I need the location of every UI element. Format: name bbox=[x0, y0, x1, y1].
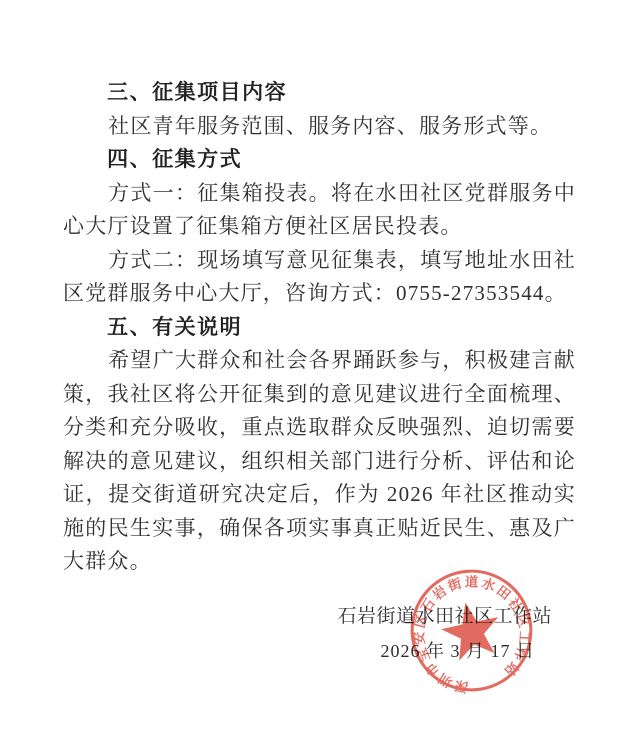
seal-ring-char: 安 bbox=[410, 630, 427, 645]
section-heading-collection-content: 三、征集项目内容 bbox=[63, 76, 576, 110]
seal-ring-char: 区 bbox=[514, 612, 532, 629]
seal-ring-char: 区 bbox=[412, 612, 430, 629]
paragraph-remarks: 希望广大群众和社会各界踊跃参与，积极建言献策，我社区将公开征集到的意见建议进行全… bbox=[63, 344, 576, 579]
seal-ring-char: 道 bbox=[465, 573, 479, 589]
paragraph-method-2: 方式二：现场填写意见征集表，填写地址水田社区党群服务中心大厅，咨询方式：0755… bbox=[63, 244, 576, 311]
document-page: 三、征集项目内容 社区青年服务范围、服务内容、服务形式等。 四、征集方式 方式一… bbox=[0, 0, 638, 747]
seal-ring-char: 深 bbox=[453, 677, 470, 695]
official-seal: 深圳市宝安区石岩街道水田社区工作站 bbox=[404, 561, 540, 701]
section-heading-remarks: 五、有关说明 bbox=[63, 311, 576, 345]
seal-ring-char: 工 bbox=[516, 631, 532, 646]
section-heading-collection-method: 四、征集方式 bbox=[63, 143, 576, 177]
paragraph-collection-content: 社区青年服务范围、服务内容、服务形式等。 bbox=[63, 110, 576, 144]
seal-ring-char: 站 bbox=[501, 659, 522, 680]
paragraph-method-1: 方式一：征集箱投表。将在水田社区党群服务中心大厅设置了征集箱方便社区居民投表。 bbox=[63, 177, 576, 244]
document-body: 三、征集项目内容 社区青年服务范围、服务内容、服务形式等。 四、征集方式 方式一… bbox=[63, 76, 576, 579]
seal-star-icon bbox=[437, 596, 506, 662]
